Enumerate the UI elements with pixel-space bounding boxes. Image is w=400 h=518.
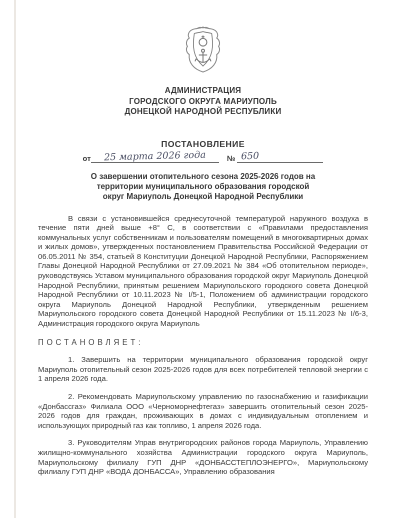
authority-line-1: АДМИНИСТРАЦИЯ bbox=[38, 86, 368, 97]
handwritten-number: 650 bbox=[241, 150, 259, 161]
number-prefix-label: № bbox=[227, 154, 235, 163]
handwritten-date: 25 марта 2026 года bbox=[104, 149, 206, 163]
preamble-paragraph: В связи с установившейся среднесуточной … bbox=[38, 214, 368, 329]
decree-item-1: 1. Завершить на территории муниципальног… bbox=[38, 355, 368, 384]
document-type-heading: ПОСТАНОВЛЕНИЕ bbox=[38, 139, 368, 149]
decree-title: О завершении отопительного сезона 2025-2… bbox=[89, 172, 317, 202]
decree-item-2: 2. Рекомендовать Мариупольскому управлен… bbox=[38, 392, 368, 430]
number-fill-line: 650 bbox=[237, 151, 323, 163]
resolution-label: ПОСТАНОВЛЯЕТ: bbox=[38, 338, 368, 348]
authority-line-2: ГОРОДСКОГО ОКРУГА МАРИУПОЛЬ bbox=[38, 97, 368, 108]
decree-document-page: АДМИНИСТРАЦИЯ ГОРОДСКОГО ОКРУГА МАРИУПОЛ… bbox=[0, 0, 400, 518]
date-and-number-line: от25 марта 2026 года№650 bbox=[38, 151, 368, 163]
decree-body: В связи с установившейся среднесуточной … bbox=[38, 214, 368, 477]
issuing-authority-block: АДМИНИСТРАЦИЯ ГОРОДСКОГО ОКРУГА МАРИУПОЛ… bbox=[38, 86, 368, 118]
decree-item-3: 3. Руководителям Управ внутригородских р… bbox=[38, 438, 368, 476]
date-fill-line: 25 марта 2026 года bbox=[91, 151, 219, 163]
emblem-container bbox=[38, 24, 368, 81]
mariupol-coat-of-arms-icon bbox=[181, 63, 225, 80]
date-prefix-label: от bbox=[83, 154, 91, 163]
authority-line-3: ДОНЕЦКОЙ НАРОДНОЙ РЕСПУБЛИКИ bbox=[38, 107, 368, 118]
